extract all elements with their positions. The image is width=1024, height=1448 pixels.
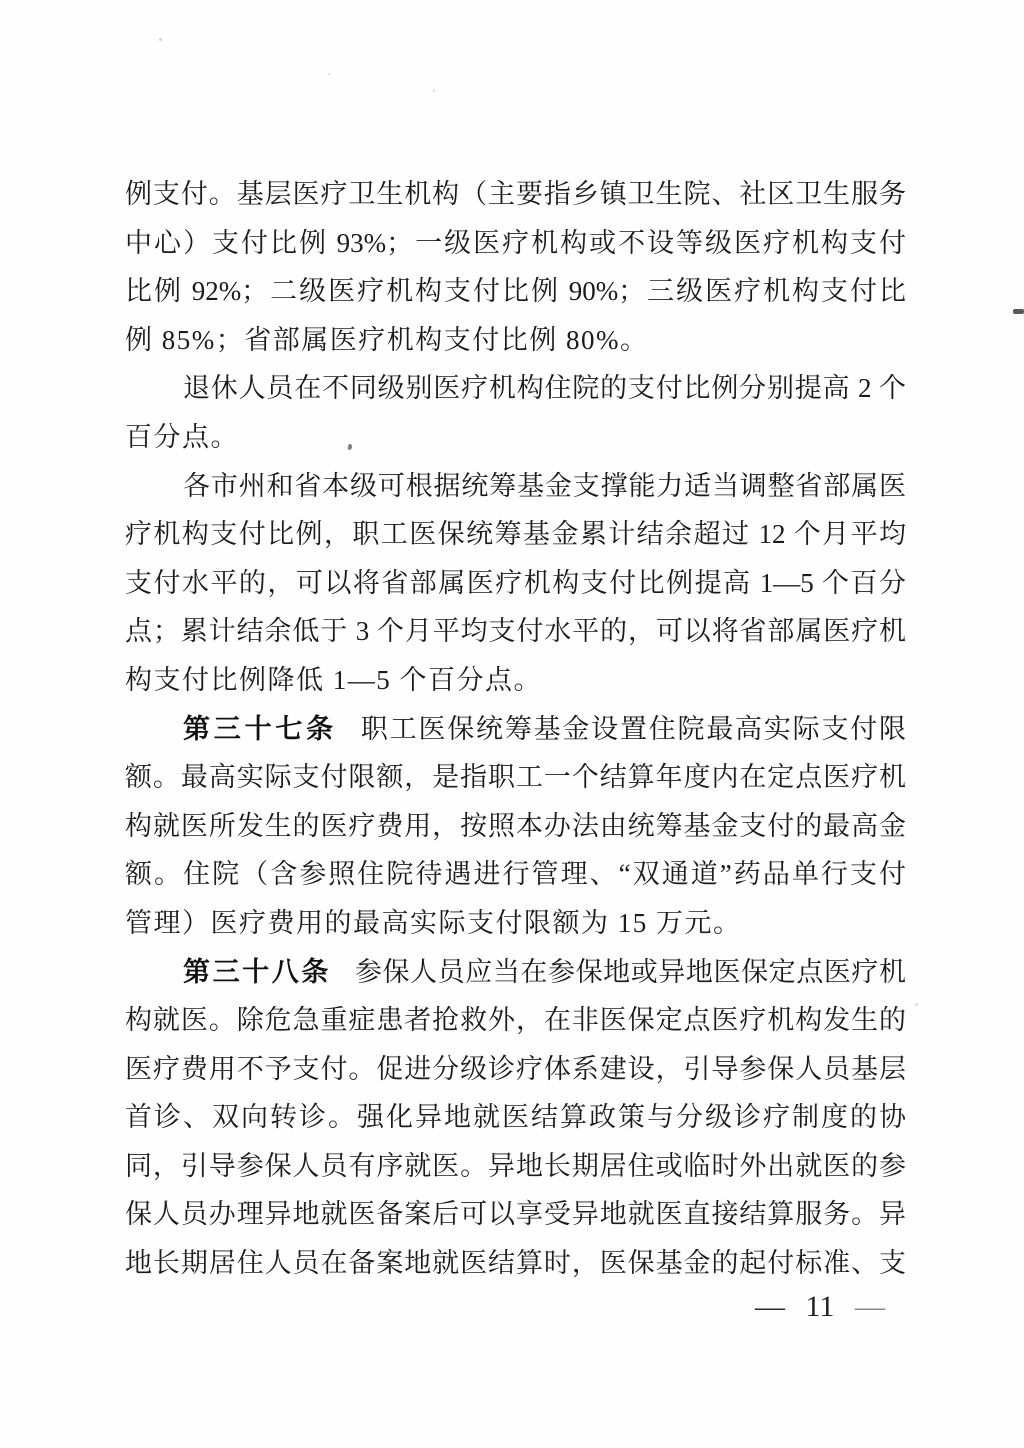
page-number-value: 11 — [806, 1290, 835, 1324]
article-number-heading: 第三十七条 — [183, 714, 337, 744]
page-number: — 11 — — [755, 1290, 885, 1324]
scan-speck — [159, 38, 162, 41]
text-line: 额。最高实际支付限额，是指职工一个结算年度内在定点医疗机 — [125, 753, 906, 802]
scanned-document-page: 例支付。基层医疗卫生机构（主要指乡镇卫生院、社区卫生服务中心）支付比例 93%；… — [0, 0, 1024, 1448]
text-line: 比例 92%；二级医疗机构支付比例 90%；三级医疗机构支付比 — [125, 267, 906, 316]
text-line: 例 85%；省部属医疗机构支付比例 80%。 — [125, 316, 906, 365]
text-line: 管理）医疗费用的最高实际支付限额为 15 万元。 — [125, 899, 906, 948]
text-line: 第三十八条参保人员应当在参保地或异地医保定点医疗机 — [125, 948, 906, 997]
document-lines: 例支付。基层医疗卫生机构（主要指乡镇卫生院、社区卫生服务中心）支付比例 93%；… — [125, 170, 906, 1288]
text-line: 退休人员在不同级别医疗机构住院的支付比例分别提高 2 个 — [125, 364, 906, 413]
text-line: 额。住院（含参照住院待遇进行管理、“双通道”药品单行支付 — [125, 850, 906, 899]
text-line: 支付水平的，可以将省部属医疗机构支付比例提高 1—5 个百分 — [125, 559, 906, 608]
scan-speck — [328, 73, 330, 75]
text-line: 同，引导参保人员有序就医。异地长期居住或临时外出就医的参 — [125, 1142, 906, 1191]
text-line: 构就医。除危急重症患者抢救外，在非医保定点医疗机构发生的 — [125, 996, 906, 1045]
scan-speck — [915, 1003, 918, 1006]
text-line: 构就医所发生的医疗费用，按照本办法由统筹基金支付的最高金 — [125, 802, 906, 851]
scan-speck — [433, 89, 435, 92]
page-number-right-dash: — — [855, 1290, 885, 1324]
page-number-left-dash: — — [755, 1290, 785, 1324]
text-line: 第三十七条职工医保统筹基金设置住院最高实际支付限 — [125, 705, 906, 754]
text-line: 各市州和省本级可根据统筹基金支撑能力适当调整省部属医 — [125, 462, 906, 511]
text-line: 构支付比例降低 1—5 个百分点。 — [125, 656, 906, 705]
text-line: 例支付。基层医疗卫生机构（主要指乡镇卫生院、社区卫生服务 — [125, 170, 906, 219]
text-line: 中心）支付比例 93%；一级医疗机构或不设等级医疗机构支付 — [125, 219, 906, 268]
text-line: 点；累计结余低于 3 个月平均支付水平的，可以将省部属医疗机 — [125, 607, 906, 656]
scan-edge-mark — [1013, 309, 1024, 314]
text-line: 地长期居住人员在备案地就医结算时，医保基金的起付标准、支 — [125, 1239, 906, 1288]
text-line: 疗机构支付比例，职工医保统筹基金累计结余超过 12 个月平均 — [125, 510, 906, 559]
text-line: 医疗费用不予支付。促进分级诊疗体系建设，引导参保人员基层 — [125, 1045, 906, 1094]
text-line: 保人员办理异地就医备案后可以享受异地就医直接结算服务。异 — [125, 1190, 906, 1239]
text-line: 首诊、双向转诊。强化异地就医结算政策与分级诊疗制度的协 — [125, 1093, 906, 1142]
article-number-heading: 第三十八条 — [183, 957, 331, 987]
text-line: 百分点。 — [125, 413, 906, 462]
